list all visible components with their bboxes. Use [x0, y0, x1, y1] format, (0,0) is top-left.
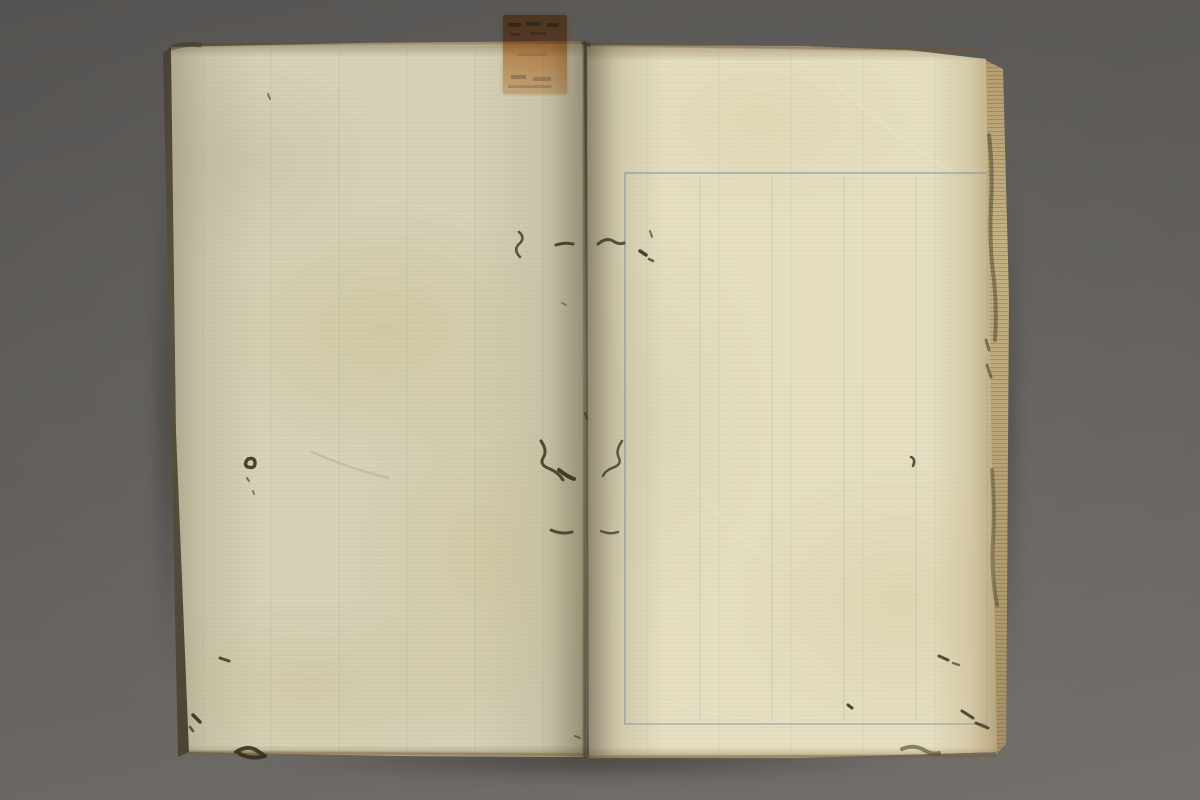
label-stamp-mark — [530, 32, 546, 35]
frame-column-rule — [915, 176, 917, 721]
printed-frame — [624, 172, 988, 725]
label-stamp-mark — [533, 77, 551, 81]
label-stamp-mark — [547, 23, 559, 27]
label-stamp-mark — [508, 23, 521, 27]
conservation-label — [503, 15, 567, 94]
label-stamp-mark — [508, 85, 552, 88]
frame-column-rule — [843, 176, 845, 721]
frame-column-rule — [699, 176, 701, 721]
gutter-crease — [583, 42, 587, 758]
photo-backdrop — [0, 0, 1200, 800]
frame-column-rule — [771, 176, 773, 721]
gutter-shadow — [552, 42, 622, 758]
label-stamp-mark — [510, 33, 521, 36]
label-stamp-mark — [526, 22, 541, 26]
label-stamp-mark — [511, 75, 526, 79]
label-stamp-mark — [517, 53, 547, 56]
